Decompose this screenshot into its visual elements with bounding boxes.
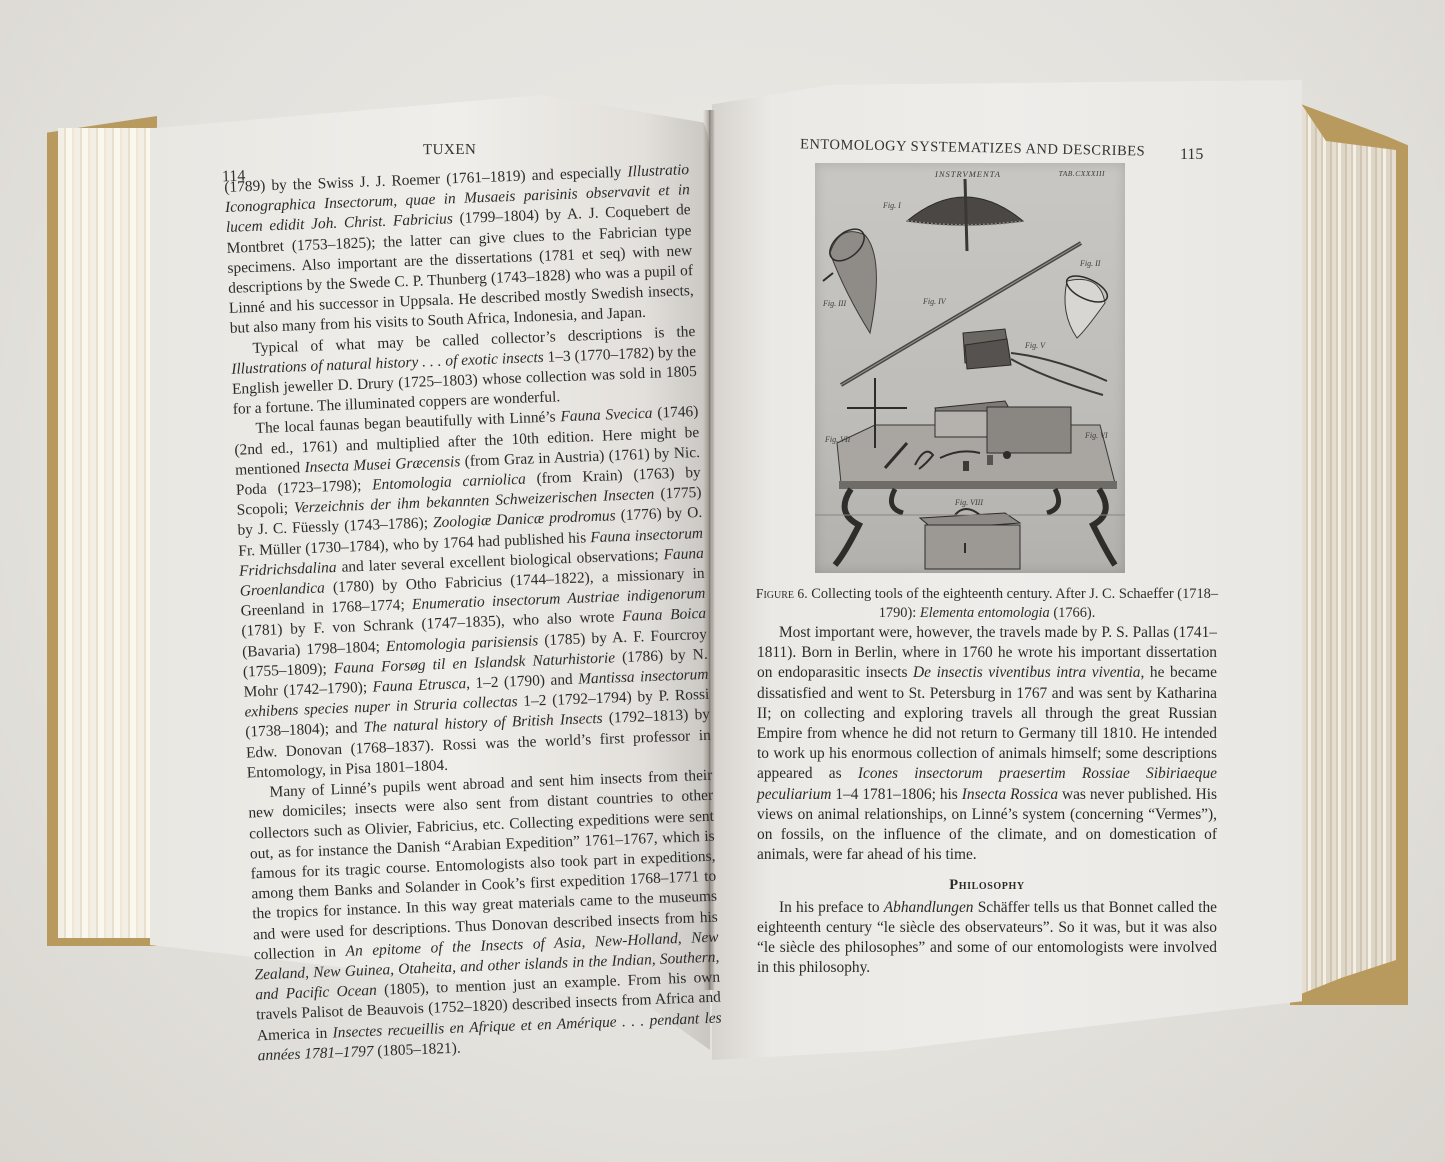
page-number-right: 115 bbox=[1180, 146, 1203, 164]
figure-caption: Figure 6. Collecting tools of the eighte… bbox=[742, 584, 1232, 623]
figure-caption-label: Figure 6. bbox=[756, 586, 808, 601]
fig-label-4: Fig. IV bbox=[923, 297, 946, 306]
net-illustration-left bbox=[823, 223, 876, 333]
philosophy-paragraphs: In his preface to Abhandlungen Schäffer … bbox=[757, 898, 1217, 979]
fig-label-5: Fig. V bbox=[1025, 341, 1045, 350]
fig-label-6: Fig. VI bbox=[1085, 431, 1108, 440]
right-page-body: Most important were, however, the travel… bbox=[757, 623, 1217, 978]
running-head-left: TUXEN bbox=[423, 142, 476, 159]
figure-caption-title: Elementa entomologia bbox=[920, 605, 1050, 621]
fig-label-1: Fig. I bbox=[883, 201, 901, 210]
page-edges-left bbox=[58, 128, 158, 938]
left-page-body: (1789) by the Swiss J. J. Roemer (1761–1… bbox=[224, 160, 723, 1066]
collecting-tools-engraving bbox=[815, 163, 1125, 573]
fig-label-8: Fig. VIII bbox=[955, 498, 983, 507]
paragraph: (1789) by the Swiss J. J. Roemer (1761–1… bbox=[224, 160, 695, 339]
figure-plate: INSTRVMENTA TAB.CXXXIII bbox=[815, 163, 1125, 573]
net-illustration-right bbox=[1063, 271, 1111, 338]
pliers-net-illustration bbox=[963, 329, 1107, 395]
fig-label-2: Fig. II bbox=[1080, 259, 1100, 268]
figure-caption-year: (1766). bbox=[1050, 605, 1096, 621]
paragraph: Many of Linné’s pupils went abroad and s… bbox=[247, 766, 723, 1066]
umbrella-illustration bbox=[907, 179, 1023, 251]
fig-label-3: Fig. III bbox=[823, 299, 846, 308]
section-heading-philosophy: Philosophy bbox=[757, 875, 1217, 895]
page-edges-right bbox=[1296, 96, 1396, 996]
fig-label-7: Fig. VII bbox=[825, 435, 850, 444]
right-page-paragraphs: Most important were, however, the travel… bbox=[757, 623, 1217, 865]
paragraph: Most important were, however, the travel… bbox=[757, 623, 1217, 865]
carrying-box-illustration bbox=[920, 509, 1020, 569]
paragraph: The local faunas began beautifully with … bbox=[233, 402, 712, 783]
paragraph: In his preface to Abhandlungen Schäffer … bbox=[757, 898, 1217, 979]
